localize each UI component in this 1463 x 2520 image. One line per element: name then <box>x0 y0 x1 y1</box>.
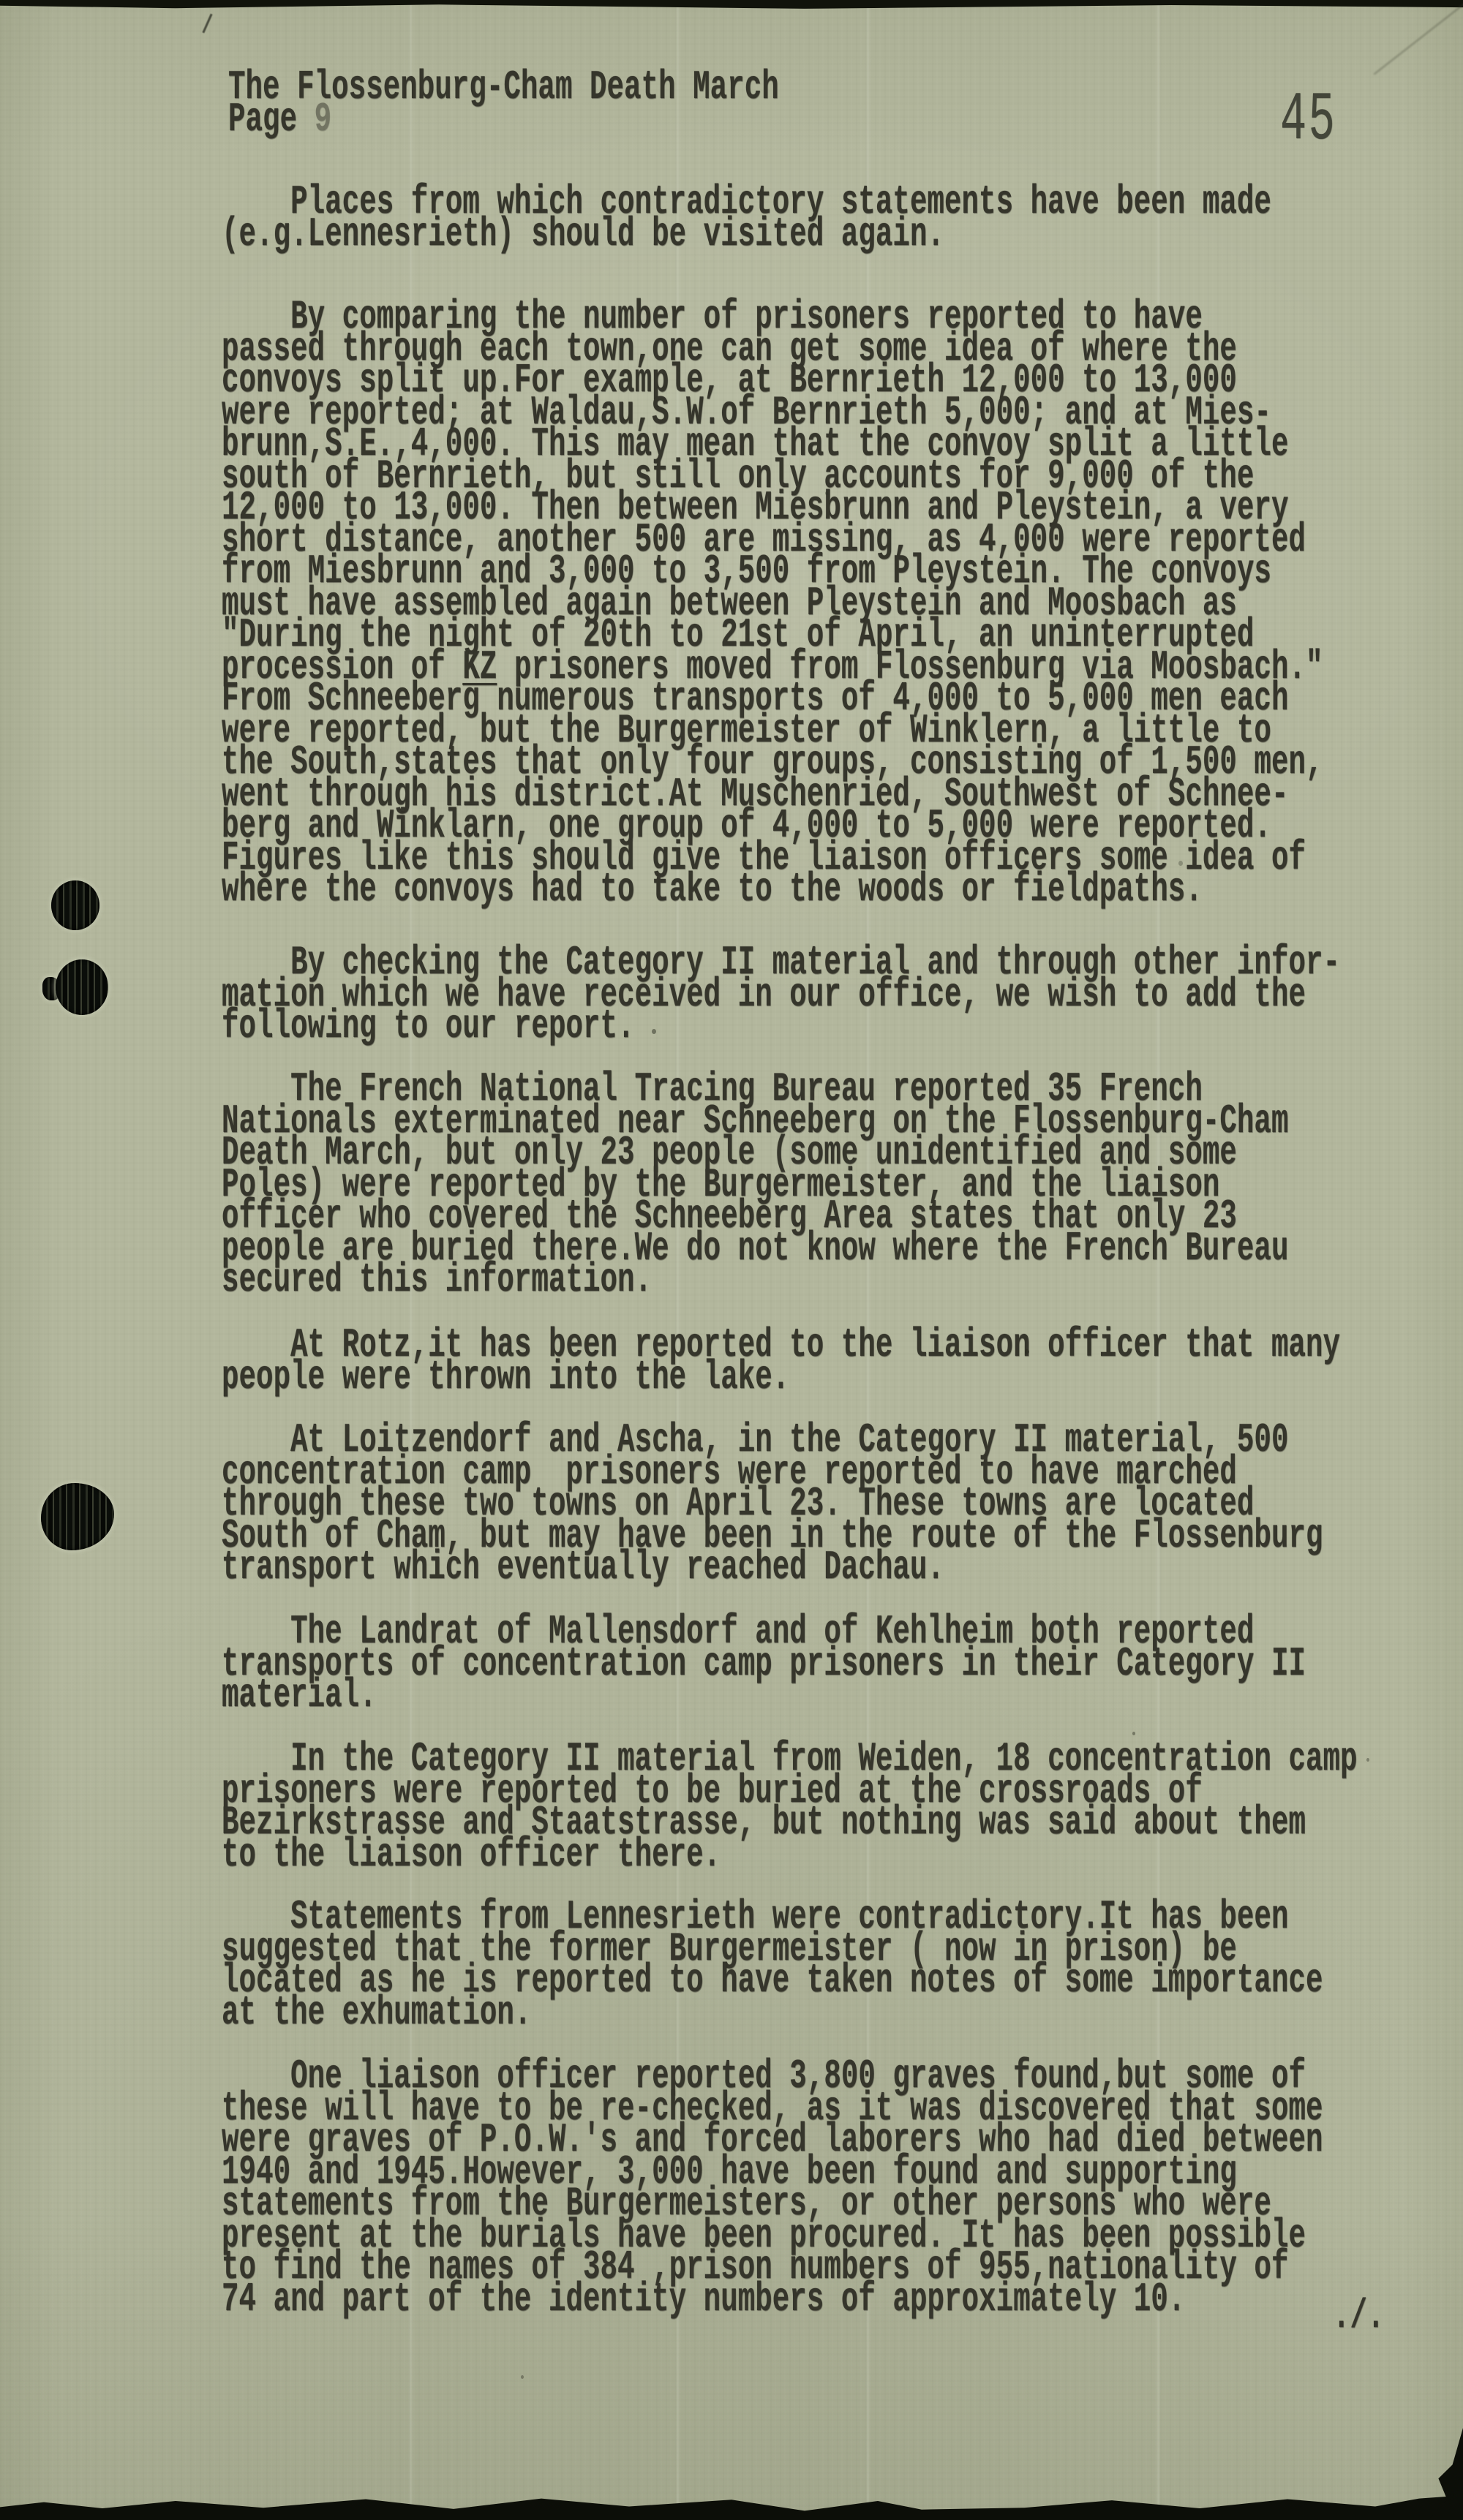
paragraph: One liaison officer reported 3,800 grave… <box>222 2061 1399 2315</box>
paragraph: By checking the Category II material and… <box>222 947 1399 1043</box>
paragraph: Places from which contradictory statemen… <box>222 186 1399 250</box>
page-number: 9 <box>315 96 332 143</box>
paper-specks <box>0 0 3 4</box>
paragraph: Statements from Lennesrieth were contrad… <box>222 1901 1399 2029</box>
paragraph: At Rotz,it has been reported to the liai… <box>222 1329 1399 1393</box>
paragraph: At Loitzendorf and Ascha, in the Categor… <box>222 1425 1399 1584</box>
paragraph: The Landrat of Mallensdorf and of Kehlhe… <box>222 1616 1399 1712</box>
hole-punch <box>51 880 99 930</box>
scanned-document-page: { "page": { "stamp_number": "45", "heade… <box>0 0 1463 2520</box>
continuation-mark: ./. <box>1333 2301 1463 2333</box>
doc-line: transports of concentration camp prisone… <box>222 1648 1399 1680</box>
paragraph: The French National Tracing Bureau repor… <box>222 1074 1399 1297</box>
page-label: Page <box>228 96 315 143</box>
paragraph: In the Category II material from Weiden,… <box>222 1743 1399 1871</box>
paragraph: By comparing the number of prisoners rep… <box>222 301 1399 906</box>
document-header: The Flossenburg-Cham Death March Page 9 <box>228 72 1406 135</box>
archive-page-stamp: 45 <box>1280 86 1336 155</box>
hole-punch <box>56 959 108 1015</box>
document-title: The Flossenburg-Cham Death March <box>228 72 1406 104</box>
